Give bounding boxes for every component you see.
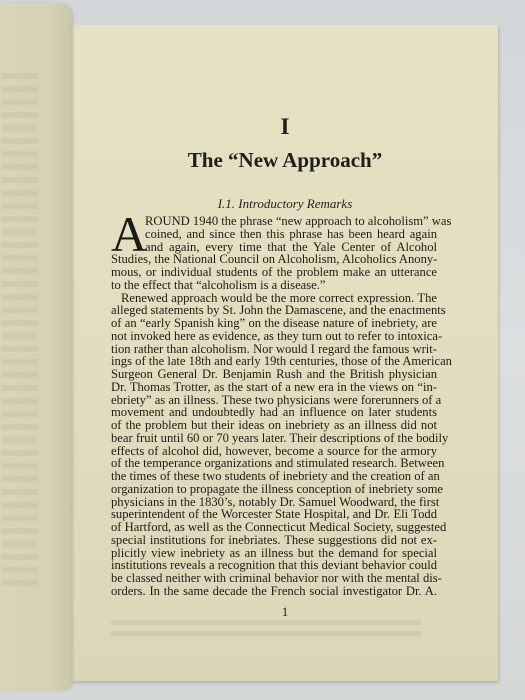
text-line: not invoked here as evidence, as they tu… xyxy=(111,330,437,343)
text-line: the times of these two students of inebr… xyxy=(111,470,437,483)
facing-left-page xyxy=(0,3,72,691)
text-line: ROUND 1940 the phrase “new approach to a… xyxy=(111,215,437,228)
text-line: be classed neither with criminal behavio… xyxy=(111,572,437,585)
text-line: of Hartford, as well as the Connecticut … xyxy=(111,521,437,534)
text-line: mous, or individual students of the prob… xyxy=(111,266,437,279)
show-through-text xyxy=(2,73,38,593)
chapter-title: The “New Approach” xyxy=(72,148,498,173)
body-text: ROUND 1940 the phrase “new approach to a… xyxy=(111,215,437,598)
text-line: of the problem but their ideas on inebri… xyxy=(111,419,437,432)
text-line: of an “early Spanish king” on the diseas… xyxy=(111,317,437,330)
text-line: special institutions for inebriates. The… xyxy=(111,534,437,547)
text-line: Surgeon General Dr. Benjamin Rush and th… xyxy=(111,368,437,381)
chapter-number: I xyxy=(72,114,498,140)
page-number: 1 xyxy=(72,604,498,620)
text-line: to the effect that “alcoholism is a dise… xyxy=(111,279,437,292)
text-line: coined, and since then this phrase has b… xyxy=(111,228,437,241)
text-line: orders. In the same decade the French so… xyxy=(111,585,437,598)
text-line: bear fruit until 60 or 70 years later. T… xyxy=(111,432,437,445)
show-through-text xyxy=(111,620,421,642)
text-line: organization to propagate the illness co… xyxy=(111,483,437,496)
text-line: Dr. Thomas Trotter, as the start of a ne… xyxy=(111,381,437,394)
